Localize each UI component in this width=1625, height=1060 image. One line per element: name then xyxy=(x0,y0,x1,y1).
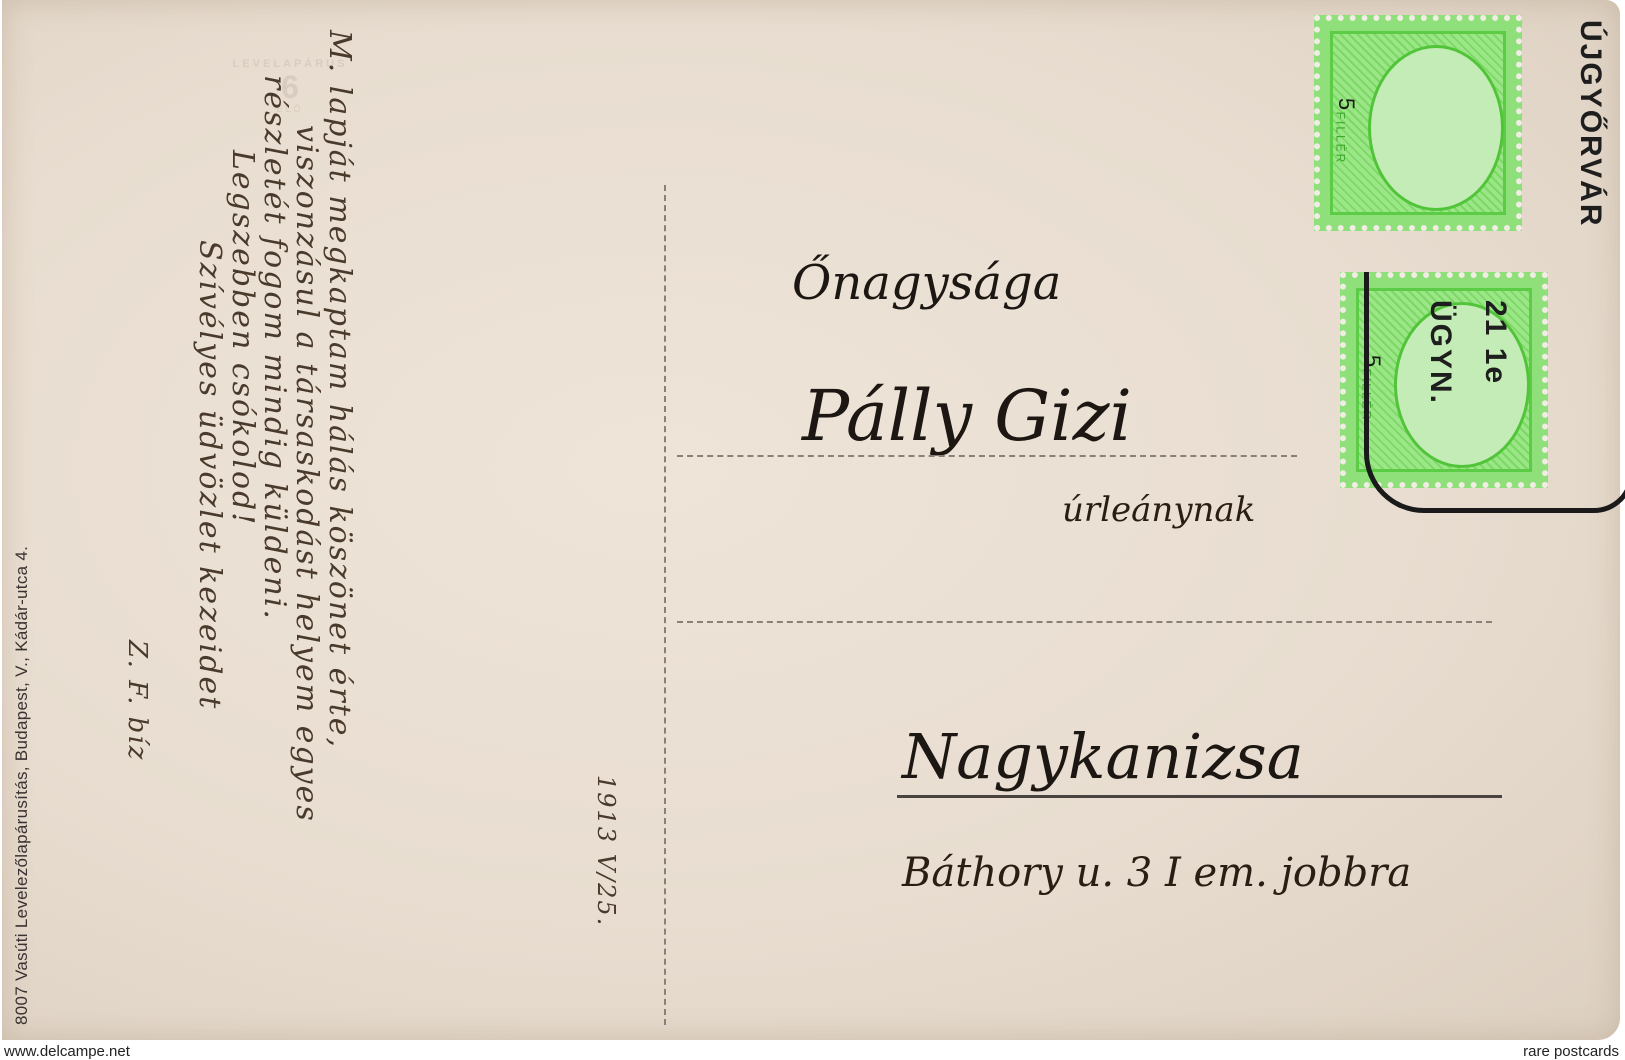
stamp-denomination: FILLÉR xyxy=(1333,112,1347,165)
address-line-2 xyxy=(677,621,1492,623)
signature: Z. F. bíz xyxy=(122,640,152,761)
rare-postcards-watermark: rare postcards xyxy=(1523,1043,1619,1060)
city-underline xyxy=(897,795,1502,798)
center-divider xyxy=(664,185,666,1025)
message-line-5: Szívélyes üdvözlet kezeidet xyxy=(192,240,227,710)
message-line-1: M. lapját megkaptam hálás köszönet érte, xyxy=(322,30,357,749)
message-line-4: Legszebben csókolod! xyxy=(225,150,260,526)
message-date: 1913 V/25. xyxy=(592,775,620,927)
postcard-back: 8007 Vasúti Levelezőlapárusítás, Budapes… xyxy=(2,0,1620,1040)
printed-publisher-caption: 8007 Vasúti Levelezőlapárusítás, Budapes… xyxy=(12,546,32,1025)
stamp-portrait xyxy=(1368,45,1504,211)
delcampe-watermark: www.delcampe.net xyxy=(4,1043,130,1060)
message-line-2: viszonzásul a társaskodást helyem egyes xyxy=(289,125,324,823)
address-street: Báthory u. 3 I em. jobbra xyxy=(902,850,1411,896)
address-name: Pálly Gizi xyxy=(802,375,1132,457)
message-line-3: részletét fogom mindig küldeni. xyxy=(257,75,292,621)
postmark-place: ÜGYN. xyxy=(1423,300,1457,405)
postage-stamp-1: 5 FILLÉR xyxy=(1314,15,1522,231)
postmark-date: 21 1e xyxy=(1478,300,1512,385)
address-line-1 xyxy=(677,455,1297,457)
address-salutation: Őnagysága xyxy=(792,255,1061,311)
stamp-value: 5 xyxy=(1333,98,1359,110)
address-title: úrleánynak xyxy=(1062,490,1255,530)
postmark-text-top: ÚJGYŐRVÁR xyxy=(1573,20,1607,228)
address-city: Nagykanizsa xyxy=(902,720,1304,793)
